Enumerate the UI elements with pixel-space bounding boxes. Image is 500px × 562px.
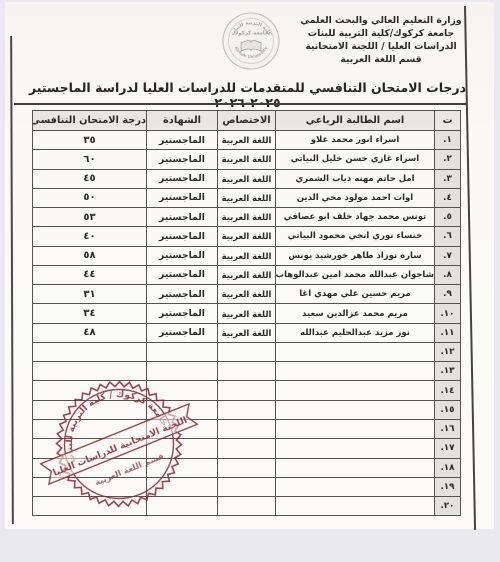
specialization (218, 439, 276, 458)
student-name: اسراء انور محمد علاو (276, 131, 435, 150)
student-name: نور مزيد عبدالحليم عبدالله (276, 323, 435, 342)
table-row: ٦.خنساء نوري انجي محمود البياتياللغة الع… (33, 227, 461, 246)
row-number: ١٥. (435, 400, 461, 419)
row-number: ٢٠. (435, 497, 461, 516)
row-number: ٦. (435, 227, 461, 246)
student-name (276, 362, 435, 381)
student-name (276, 342, 435, 361)
row-number: ١٨. (435, 458, 461, 477)
row-number: ٨. (435, 265, 461, 284)
exam-score: ٥٠ (33, 188, 147, 207)
certificate: الماجستير (147, 265, 218, 284)
specialization: اللغة العربية (218, 323, 276, 342)
certificate: الماجستير (147, 304, 218, 323)
header-student-name: اسم الطالبة الرباعي (276, 111, 435, 131)
specialization (218, 400, 276, 419)
table-row: ١٠.مريم محمد عزالدين سعيداللغة العربيةال… (33, 304, 461, 323)
certificate: الماجستير (147, 285, 218, 304)
book-icon (241, 41, 261, 52)
certificate: الماجستير (147, 169, 218, 188)
table-row: ٤.اوات احمد مولود محي الديناللغة العربية… (33, 188, 461, 207)
student-name (276, 497, 435, 516)
student-name: ساره نوزاد طاهر خورشيد يونس (276, 246, 435, 265)
exam-score: ٣٤ (33, 304, 147, 323)
student-name: اسراء غازي حسن خليل البياتي (276, 150, 435, 169)
exam-score (33, 342, 147, 361)
row-number: ٧. (435, 246, 461, 265)
certificate: الماجستير (147, 246, 218, 265)
student-name (276, 439, 435, 458)
letterhead-university: جامعة كركوك/كلية التربية للبنات (292, 27, 470, 40)
university-logo-icon: كلية التربية للبنات جامعة كركوك Kirkuk U… (220, 10, 282, 72)
exam-score: ٤٨ (33, 323, 147, 342)
student-name (276, 477, 435, 496)
exam-score: ٣١ (33, 285, 147, 304)
exam-score: ٣٥ (33, 131, 147, 150)
header-exam-score: درجة الامتحان التنافسي (33, 111, 147, 131)
specialization: اللغة العربية (218, 188, 276, 207)
student-name: امل حاتم مهنه ذياب الشمري (276, 169, 435, 188)
specialization (218, 497, 276, 516)
table-row: ٥.تونس محمد جهاد خلف ابو عصافياللغة العر… (33, 208, 461, 227)
table-row: ٣.امل حاتم مهنه ذياب الشمرياللغة العربية… (33, 169, 461, 188)
student-name: مريم محمد عزالدين سعيد (276, 304, 435, 323)
row-number: ٤. (435, 188, 461, 207)
table-row: ١١.نور مزيد عبدالحليم عبداللهاللغة العرب… (33, 323, 461, 342)
row-number: ١٤. (435, 381, 461, 400)
exam-score: ٥٨ (33, 246, 147, 265)
exam-score: ٤٤ (33, 265, 147, 284)
row-number: ١٦. (435, 419, 461, 438)
specialization: اللغة العربية (218, 304, 276, 323)
table-row: ١.اسراء انور محمد علاواللغة العربيةالماج… (33, 131, 461, 150)
certificate: الماجستير (147, 208, 218, 227)
student-name (276, 419, 435, 438)
row-number: ٣. (435, 169, 461, 188)
certificate: الماجستير (147, 150, 218, 169)
logo-center-label: جامعة كركوك (233, 30, 268, 37)
student-name (276, 458, 435, 477)
specialization (218, 381, 276, 400)
official-stamp: جامعة كركوك / كلية التربية للبنات اللجنة… (36, 361, 202, 527)
header-specialization: الاختصاص (218, 111, 276, 131)
scanned-document-page: وزارة التعليم العالي والبحث العلمي جامعة… (0, 0, 500, 562)
specialization: اللغة العربية (218, 265, 276, 284)
specialization: اللغة العربية (218, 208, 276, 227)
certificate: الماجستير (147, 323, 218, 342)
student-name: اوات احمد مولود محي الدين (276, 188, 435, 207)
row-number: ٥. (435, 208, 461, 227)
student-name (276, 400, 435, 419)
row-number: ١٧. (435, 439, 461, 458)
table-header-row: ت اسم الطالبة الرباعي الاختصاص الشهادة د… (33, 111, 461, 131)
table-row: ٩.مريم حسين علي مهدي اغااللغة العربيةالم… (33, 285, 461, 304)
exam-score: ٤٥ (33, 169, 147, 188)
student-name: خنساء نوري انجي محمود البياتي (276, 227, 435, 246)
specialization (218, 477, 276, 496)
specialization: اللغة العربية (218, 131, 276, 150)
student-name: شاجوان عبدالله محمد امين عبدالوهاب الجاف (276, 265, 435, 284)
specialization: اللغة العربية (218, 227, 276, 246)
table-row: ٢.اسراء غازي حسن خليل البياتياللغة العرب… (33, 150, 461, 169)
specialization (218, 419, 276, 438)
specialization: اللغة العربية (218, 285, 276, 304)
header-certificate: الشهادة (147, 111, 218, 131)
letterhead-committee: الدراسات العليا / اللجنة الامتحانية (292, 40, 470, 53)
document-title: درجات الامتحان التنافسي للمتقدمات للدراس… (20, 80, 475, 110)
title-underline (14, 103, 467, 105)
specialization (218, 362, 276, 381)
letterhead-ministry: وزارة التعليم العالي والبحث العلمي (292, 14, 470, 27)
letterhead: وزارة التعليم العالي والبحث العلمي جامعة… (292, 14, 470, 66)
row-number: ١٩. (435, 477, 461, 496)
header-serial: ت (435, 111, 461, 131)
certificate: الماجستير (147, 227, 218, 246)
student-name: مريم حسين علي مهدي اغا (276, 285, 435, 304)
table-row: ٨.شاجوان عبدالله محمد امين عبدالوهاب الج… (33, 265, 461, 284)
exam-score: ٤٠ (33, 227, 147, 246)
row-number: ١٠. (435, 304, 461, 323)
row-number: ١١. (435, 323, 461, 342)
letterhead-department: قسم اللغة العربية (292, 53, 470, 66)
table-row: ١٢. (33, 342, 461, 361)
certificate: الماجستير (147, 188, 218, 207)
row-number: ١٢. (435, 342, 461, 361)
exam-score: ٥٣ (33, 208, 147, 227)
certificate (147, 342, 218, 361)
table-row: ٧.ساره نوزاد طاهر خورشيد يونساللغة العرب… (33, 246, 461, 265)
row-number: ١٣. (435, 362, 461, 381)
specialization: اللغة العربية (218, 169, 276, 188)
specialization (218, 342, 276, 361)
exam-score: ٦٠ (33, 150, 147, 169)
specialization: اللغة العربية (218, 246, 276, 265)
row-number: ٩. (435, 285, 461, 304)
certificate: الماجستير (147, 131, 218, 150)
student-name: تونس محمد جهاد خلف ابو عصافي (276, 208, 435, 227)
row-number: ١. (435, 131, 461, 150)
student-name (276, 381, 435, 400)
specialization: اللغة العربية (218, 150, 276, 169)
row-number: ٢. (435, 150, 461, 169)
specialization (218, 458, 276, 477)
